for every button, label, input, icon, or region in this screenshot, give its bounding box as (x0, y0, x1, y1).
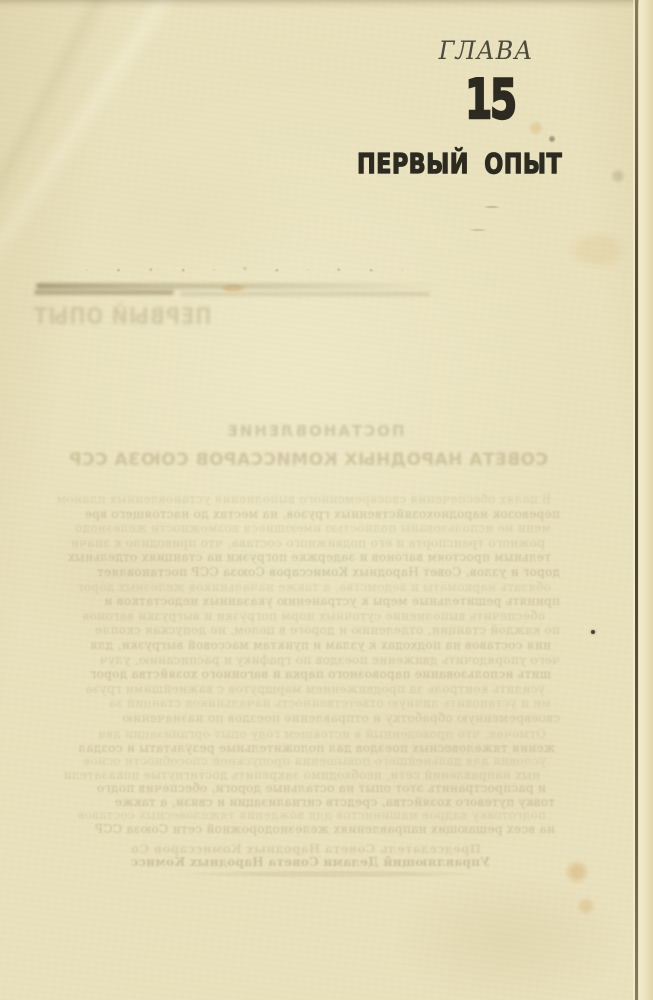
ghost-text-line: Отмечая, что проведенный в истекшем году… (55, 728, 546, 742)
ghost-text-line: ния составов на подходах к узлам и пункт… (50, 638, 551, 653)
chapter-number: 15 (461, 73, 519, 127)
bleed-through-marks: · ∙ • ∙ · * ∙ · • ∙ · (86, 266, 416, 276)
ghost-text-line: перевозок народнохозяйственных грузов, н… (50, 507, 560, 522)
ghost-text-line: обеспечить выполнение суточных норм погр… (50, 609, 545, 624)
ink-smudge (36, 283, 436, 289)
ghost-text-line: тельным простоям вагонов и задержке погр… (50, 550, 551, 565)
ghost-text-line: ми и установить личную ответственность н… (50, 696, 551, 711)
ghost-text-line: мени не использованы полностью имеющиеся… (50, 521, 551, 536)
ghost-text-line: дорог и узлов, Совет Народных Комиссаров… (50, 565, 560, 580)
chapter-label: ГЛАВА (439, 36, 520, 65)
ghost-text-line: и распространить этот опыт на остальные … (55, 782, 546, 796)
chapter-title: ПЕРВЫЙ ОПЫТ (357, 147, 562, 180)
ghost-closing-lines: Председатель Совета Народных Комиссаров … (130, 843, 490, 869)
ghost-text-line: чего упорядочить движение поездов по гра… (50, 653, 560, 668)
ink-smudge (34, 290, 174, 295)
ghost-text-line: подготовку кадров машинистов для вождени… (55, 809, 546, 823)
ink-speck (591, 630, 595, 634)
ghost-text-line: условия для дальнейшего повышения пропус… (55, 755, 546, 769)
ghost-text-line: ных направлений сети, необходимо закрепи… (55, 769, 540, 783)
ghost-text-line: товку путевого хозяйства, средств сигнал… (55, 796, 555, 810)
ghost-text-line: В целях обеспечения своевременного выпол… (50, 492, 551, 507)
ghost-paragraph-block-2: Отмечая, что проведенный в истекшем году… (55, 728, 555, 836)
ghost-text-line: по каждой станции, отделению и дороге в … (50, 623, 560, 638)
paper-edge-line (635, 0, 638, 1000)
ghost-chapter-title: ПЕРВЫЙ ОПЫТ (59, 304, 212, 330)
ghost-heading-sovnarkom: СОВЕТА НАРОДНЫХ КОМИССАРОВ СОЮЗА ССР (92, 450, 548, 470)
ghost-text-line: жения тяжеловесных поездов дал положител… (55, 742, 555, 756)
adjacent-page-strip (639, 0, 653, 1000)
ghost-text-line: рожного транспорта и его подвижного сост… (50, 536, 545, 551)
ghost-text-line: шить использование паровозного парка и в… (50, 667, 551, 682)
book-page-scan: ГЛАВА 15 ПЕРВЫЙ ОПЫТ · ∙ • ∙ · * ∙ · • ∙… (0, 0, 653, 1000)
ghost-text-line: Председатель Совета Народных Комиссаров … (130, 843, 481, 856)
ghost-text-line: усилить контроль за продвижением маршрут… (50, 682, 545, 697)
ghost-text-line: на всех решающих направлениях железнодор… (55, 823, 555, 837)
ink-smudge (180, 292, 430, 296)
ghost-text-line: обязать наркоматы и ведомства, а также н… (50, 580, 551, 595)
ghost-text-line: Управляющий Делами Совета Народных Комис… (130, 856, 490, 869)
ghost-paragraph-block-1: В целях обеспечения своевременного выпол… (50, 492, 560, 726)
ghost-text-line: принять решительные меры к устранению ук… (50, 594, 560, 609)
ghost-heading-decree: ПОСТАНОВЛЕНИЕ (200, 422, 430, 440)
ghost-text-line: своевременную обработку и отправление по… (50, 711, 560, 726)
